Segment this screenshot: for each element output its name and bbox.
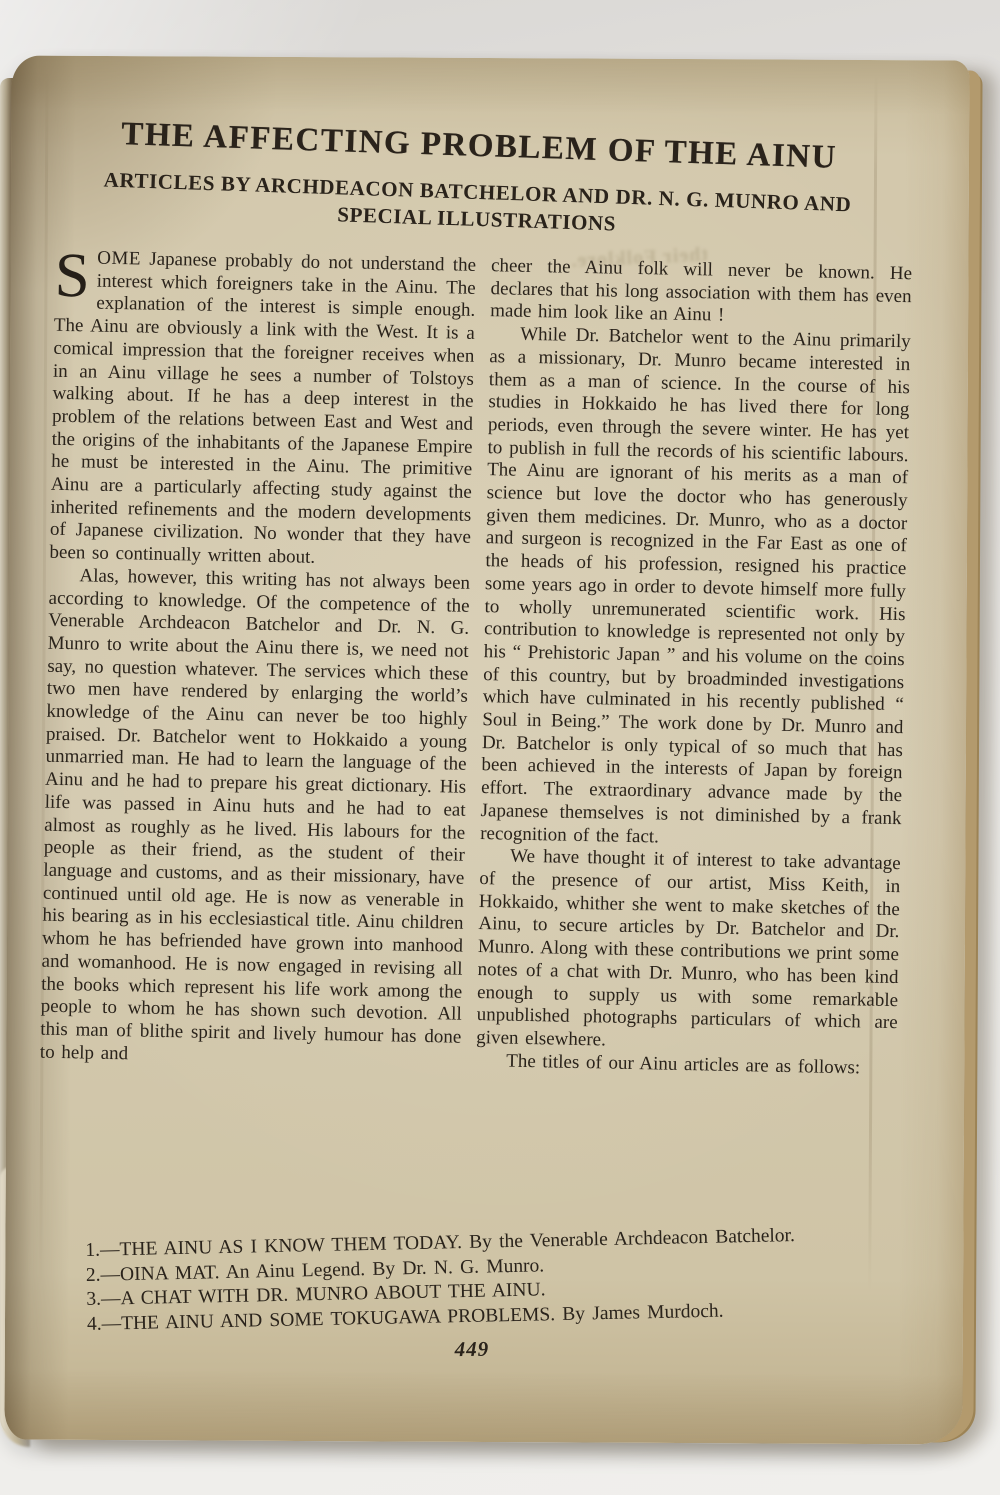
scanned-page: their Folklore. THE AFFECTING PROBLEM OF… — [4, 56, 969, 1445]
paragraph-text: Japanese probably do not understand the … — [49, 248, 476, 568]
paragraph-lead: SOME Japanese probably do not understand… — [49, 247, 476, 573]
body-columns: SOME Japanese probably do not understand… — [37, 247, 913, 1223]
article-header: THE AFFECTING PROBLEM OF THE AINU ARTICL… — [47, 112, 908, 247]
paragraph-continuation: cheer the Ainu folk will never be known.… — [490, 255, 912, 331]
article-list: 1.—THE AINU AS I KNOW THEM TODAY. By the… — [42, 1222, 896, 1338]
page-content: THE AFFECTING PROBLEM OF THE AINU ARTICL… — [43, 124, 907, 1365]
column-left: SOME Japanese probably do not understand… — [40, 247, 477, 1072]
paragraph: While Dr. Batchelor went to the Ainu pri… — [480, 323, 911, 853]
drop-cap: S — [54, 247, 97, 301]
page-number: 449 — [43, 1332, 901, 1367]
column-right: cheer the Ainu folk will never be known.… — [476, 255, 913, 1080]
paragraph: We have thought it of interest to take a… — [476, 845, 901, 1057]
paragraph: Alas, however, this writing has not alwa… — [40, 565, 471, 1072]
lead-word-caps: OME — [97, 248, 141, 270]
page-subtitle: ARTICLES BY ARCHDEACON BATCHELOR AND DR.… — [47, 165, 906, 247]
scanned-book-photo: their Folklore. THE AFFECTING PROBLEM OF… — [0, 0, 1000, 1495]
